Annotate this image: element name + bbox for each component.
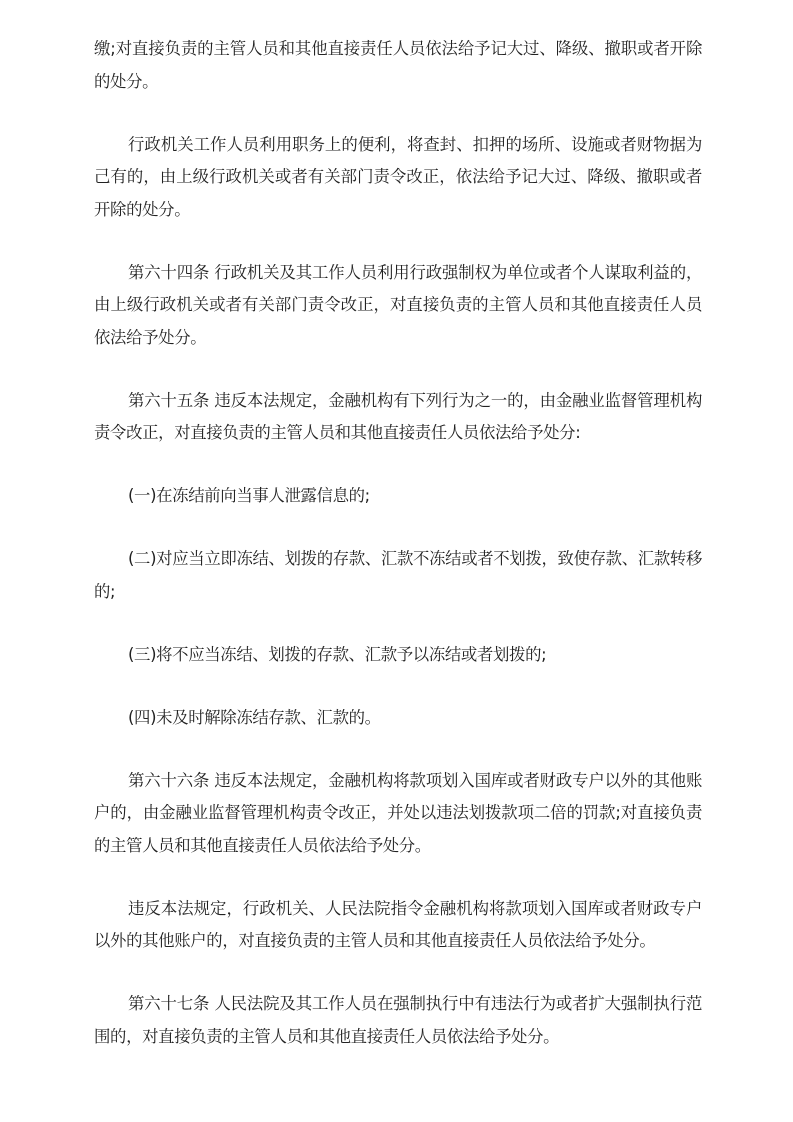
article-65: 第六十五条 违反本法规定，金融机构有下列行为之一的，由金融业监督管理机构责令改正… bbox=[94, 385, 702, 450]
article-65-item-3: (三)将不应当冻结、划拨的存款、汇款予以冻结或者划拨的; bbox=[94, 639, 702, 672]
paragraph-misappropriation: 行政机关工作人员利用职务上的便利，将查封、扣押的场所、设施或者财物据为己有的，由… bbox=[94, 129, 702, 227]
article-65-item-2: (二)对应当立即冻结、划拨的存款、汇款不冻结或者不划拨，致使存款、汇款转移的; bbox=[94, 543, 702, 608]
article-65-item-4: (四)未及时解除冻结存款、汇款的。 bbox=[94, 702, 702, 735]
paragraph-continuation: 缴;对直接负责的主管人员和其他直接责任人员依法给予记大过、降级、撤职或者开除的处… bbox=[94, 33, 702, 98]
article-66: 第六十六条 违反本法规定，金融机构将款项划入国库或者财政专户以外的其他账户的，由… bbox=[94, 765, 702, 863]
article-65-item-1: (一)在冻结前向当事人泄露信息的; bbox=[94, 480, 702, 513]
document-page: 缴;对直接负责的主管人员和其他直接责任人员依法给予记大过、降级、撤职或者开除的处… bbox=[94, 33, 702, 1084]
article-66-clause-2: 违反本法规定，行政机关、人民法院指令金融机构将款项划入国库或者财政专户以外的其他… bbox=[94, 893, 702, 958]
article-64: 第六十四条 行政机关及其工作人员利用行政强制权为单位或者个人谋取利益的，由上级行… bbox=[94, 257, 702, 355]
article-67: 第六十七条 人民法院及其工作人员在强制执行中有违法行为或者扩大强制执行范围的，对… bbox=[94, 988, 702, 1053]
